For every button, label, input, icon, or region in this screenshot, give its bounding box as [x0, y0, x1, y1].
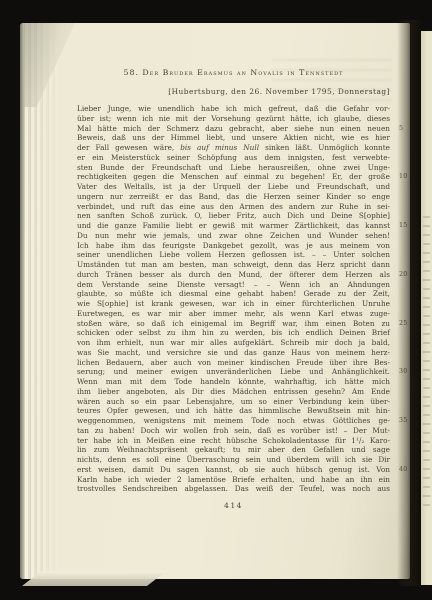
letter-line: teures Opfer gewesen, und ich hätte das …: [77, 406, 390, 416]
letter-line: Euretwegen, es war mir aber immer mehr, …: [77, 309, 390, 319]
letter-line: und die ganze Familie liebt er gewiß mit…: [77, 221, 390, 231]
letter-line: Vater des Weltalls, ist ja der Urquell d…: [77, 182, 390, 192]
letter-line: über ist; wenn ich nie mit der Vorsehung…: [77, 114, 390, 124]
letter-line: Du nun mehr wie jemals, und zwar ohne Ze…: [77, 231, 390, 241]
facing-page-sliver: [421, 31, 432, 585]
letter-number: 58.: [124, 68, 139, 77]
letter-line: ungern nur zerreißt er das Band, das die…: [77, 192, 390, 202]
letter-title: Der Bruder Erasmus an Novalis in Tennste…: [142, 68, 343, 77]
letter-line: erst weisen, damit Du sagen kannst, ob s…: [77, 465, 390, 475]
letter-line: lin zum Weihnachtspräsent gekauft; tu mi…: [77, 445, 390, 455]
page-number: 414: [77, 501, 390, 510]
letter-line: ter habe ich in Meißen eine recht hübsch…: [77, 436, 390, 446]
letter-line: trostvolles Sendschreiben abgelassen. Da…: [77, 484, 390, 494]
letter-line: dem Verstande seine Dienste versagt! – –…: [77, 280, 390, 290]
book-scan-scene: 58. Der Bruder Erasmus an Novalis in Ten…: [0, 0, 432, 600]
letter-line: seiner unendlichen Liebe vollem Herzen g…: [77, 250, 390, 260]
letter-line: wären auch so ein paar Lebensjahre, um s…: [77, 397, 390, 407]
facing-page-faint-text: [423, 216, 430, 506]
letter-dateline: [Hubertsburg, den 26. November 1795, Don…: [77, 87, 390, 96]
letter-text-block: 58. Der Bruder Erasmus an Novalis in Ten…: [77, 68, 390, 510]
letter-line: Umständen tut man am besten, man schweig…: [77, 260, 390, 270]
letter-line: was Sie macht, und versichre sie und das…: [77, 348, 390, 358]
letter-line: Ich habe ihm das feurigste Dankgebet gez…: [77, 241, 390, 251]
letter-line: ihm lieber angeboten, als Dir dies Mädch…: [77, 387, 390, 397]
letter-line: serung; und meiner ewigen unveränderlich…: [77, 367, 390, 377]
letter-line: weggenommen, wenigstens mit meinem Tode …: [77, 416, 390, 426]
letter-line: der Fall gewesen wäre, bis auf minus Nul…: [77, 143, 390, 153]
letter-line: Lieber Junge, wie unendlich habe ich mic…: [77, 104, 390, 114]
letter-body: Lieber Junge, wie unendlich habe ich mic…: [77, 104, 390, 494]
letter-line: durch Tränen besser als durch den Mund, …: [77, 270, 390, 280]
book-gutter-shadow: [397, 20, 422, 586]
letter-line: tan zu haben! Doch wir wollen froh sein,…: [77, 426, 390, 436]
letter-line: Beweis, daß uns der Himmel liebt, und un…: [77, 133, 390, 143]
letter-line: stoßen wäre, so daß ich einigemal im Beg…: [77, 319, 390, 329]
book-page-edge: [20, 23, 24, 579]
letter-line: von ihm erhielt, nun war mir alles aufge…: [77, 338, 390, 348]
book-bottom-edge-wedge: [22, 571, 166, 586]
letter-line: er ein Meisterstück seiner Schöpfung aus…: [77, 153, 390, 163]
letter-line: sten Bunde der Freundschaft und Liebe he…: [77, 163, 390, 173]
letter-heading: 58. Der Bruder Erasmus an Novalis in Ten…: [77, 68, 390, 78]
letter-line: schicken oder selbst zu ihm hin zu werde…: [77, 328, 390, 338]
letter-line: verbindet, und ruft das eine aus den Arm…: [77, 202, 390, 212]
book-page: 58. Der Bruder Erasmus an Novalis in Ten…: [20, 23, 410, 579]
letter-line: rechtigkeiten gegen die Menschen auf ein…: [77, 172, 390, 182]
letter-line: Mal hätte mich der Schmerz dazu gebracht…: [77, 124, 390, 134]
letter-line: nichts, denn es soll eine Überraschung s…: [77, 455, 390, 465]
letter-line: nen sanften Schoß zurück. O, lieber Frit…: [77, 211, 390, 221]
letter-line: glaubte, so müßte ich diesmal eine gehab…: [77, 289, 390, 299]
letter-line: Karln habe ich wieder 2 lamentöse Briefe…: [77, 475, 390, 485]
letter-line: Wenn man mit dem Tode handeln könnte, wa…: [77, 377, 390, 387]
letter-line: wie S[ophie] ist krank gewesen, war ich …: [77, 299, 390, 309]
letter-line: lichen Bedauern, aber auch von meiner ki…: [77, 358, 390, 368]
